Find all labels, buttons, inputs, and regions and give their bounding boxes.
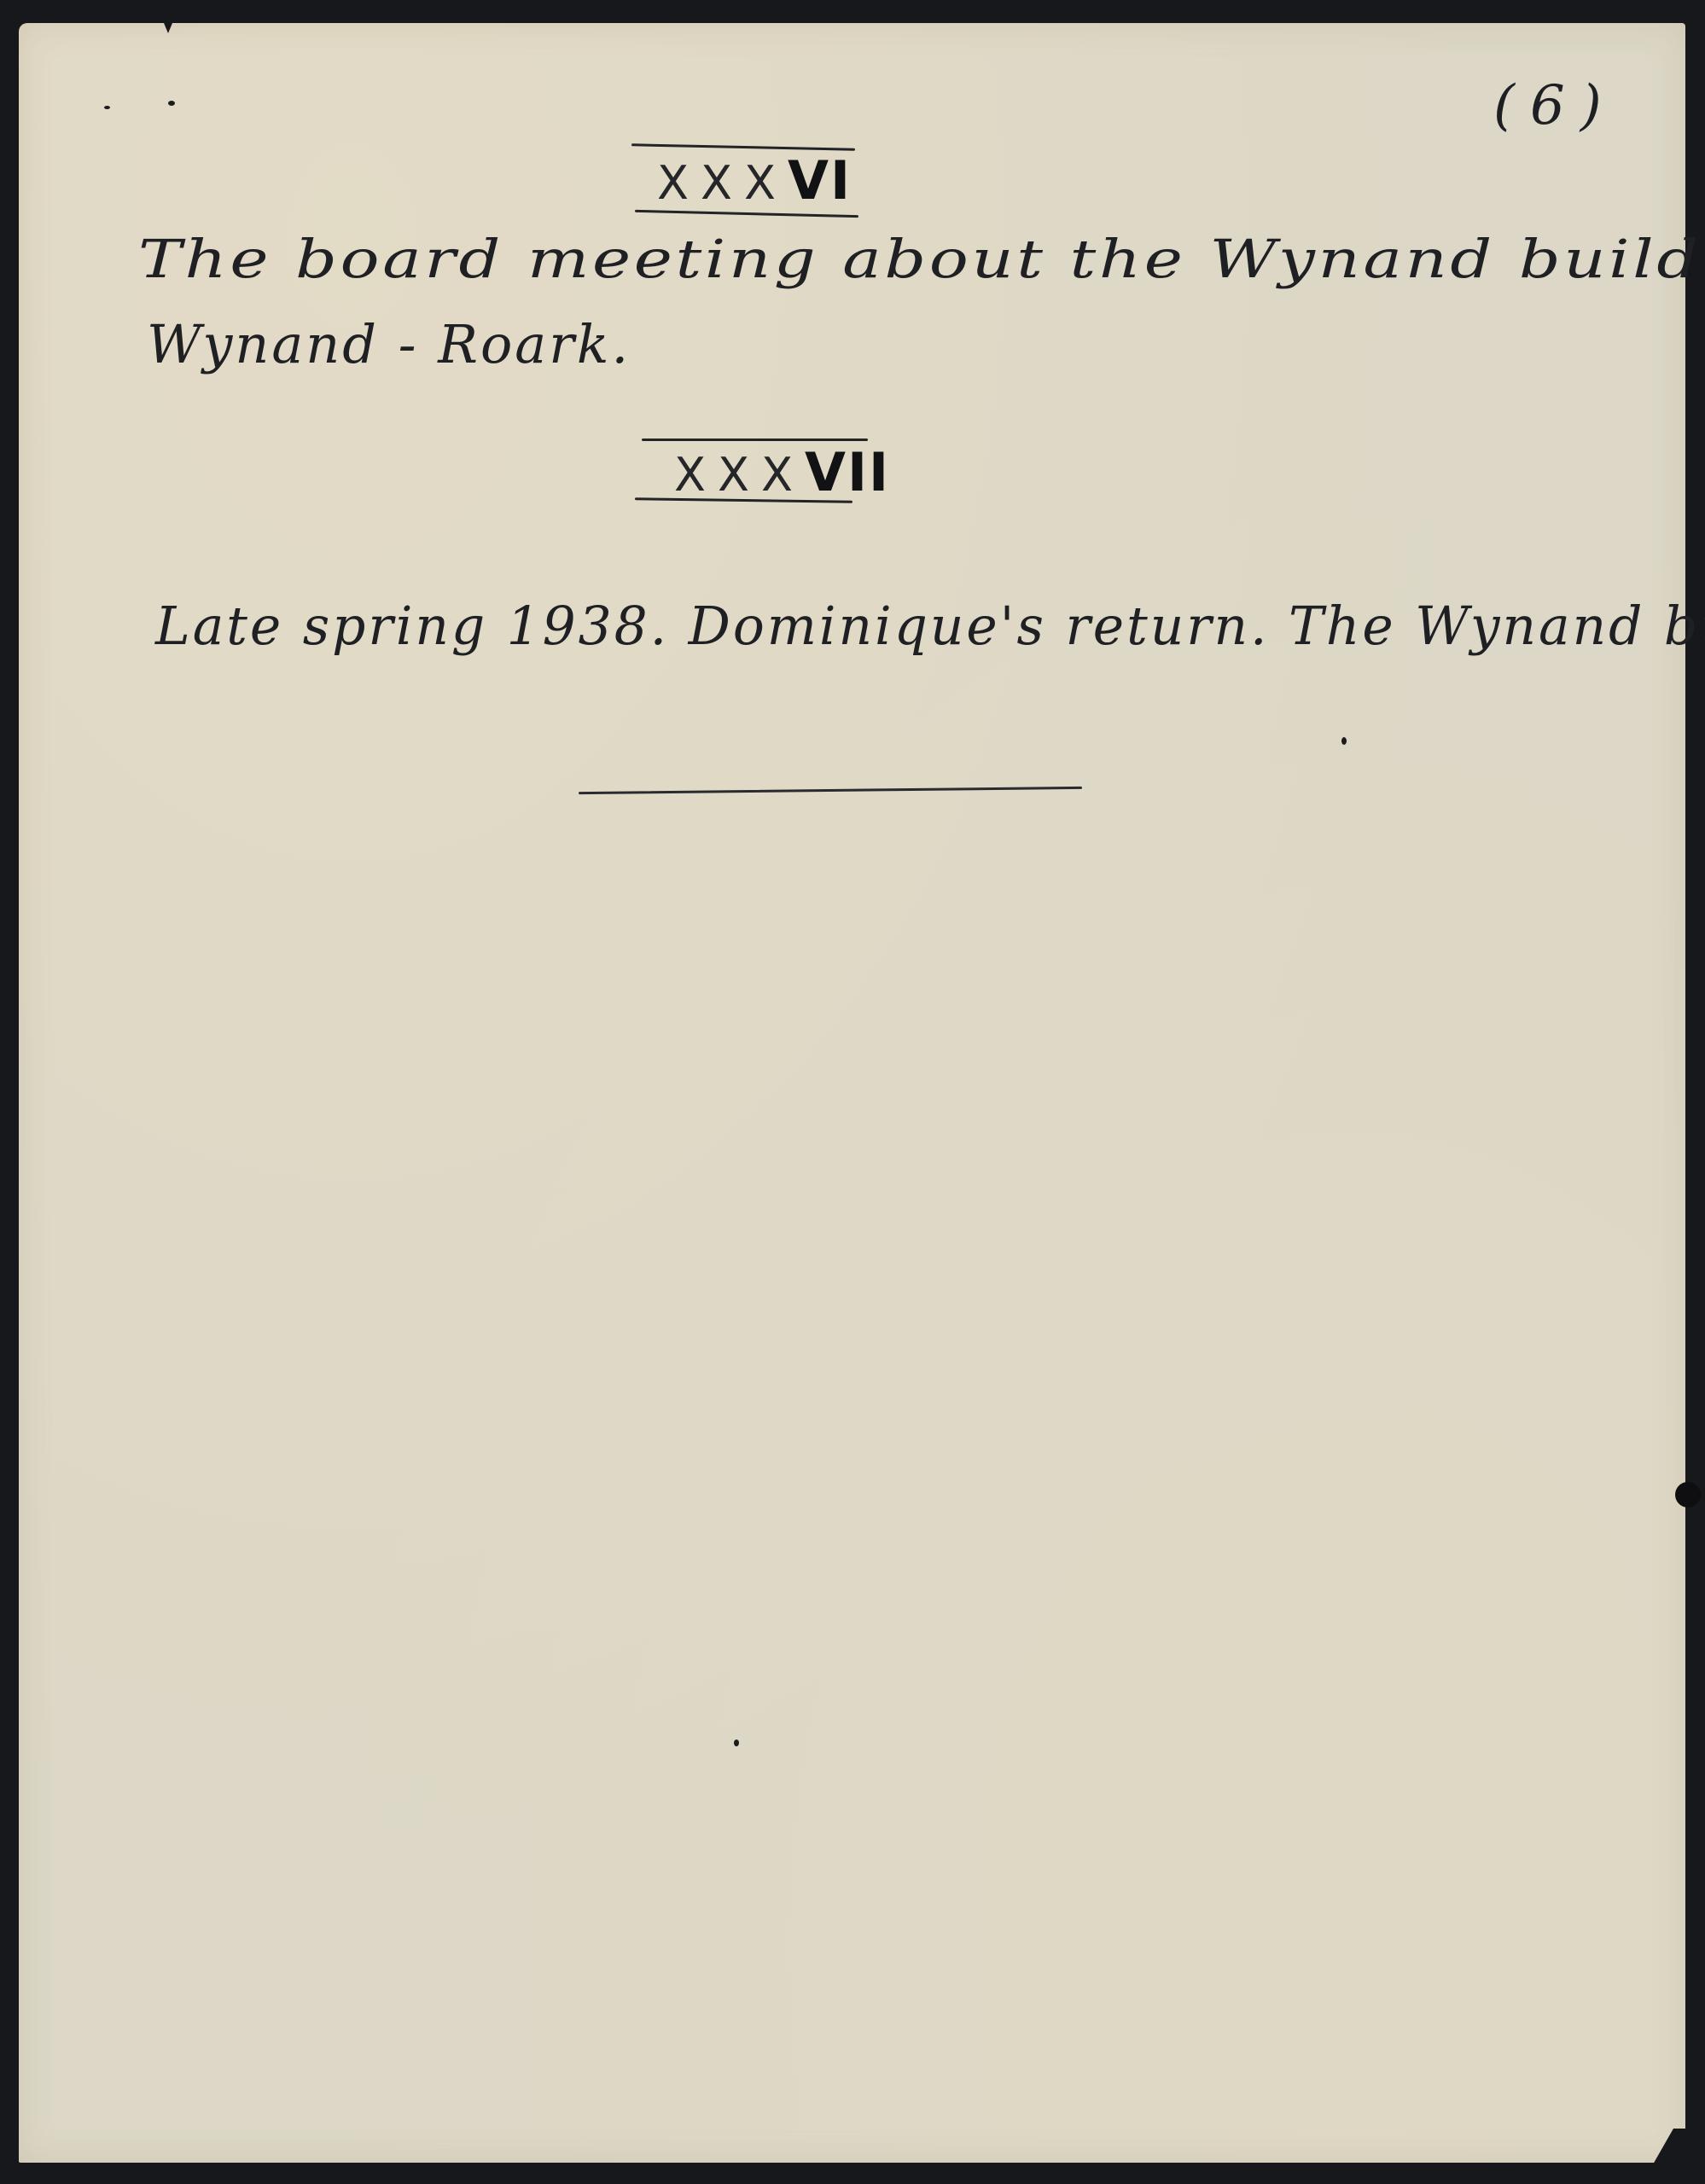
chapter-heading-text: XXXVI (657, 149, 852, 212)
paper-notch (164, 23, 172, 33)
heading-suffix: VI (788, 149, 852, 212)
heading-suffix: VII (805, 441, 890, 503)
note-line: Wynand - Roark. (147, 313, 631, 375)
page-number: (6) (1493, 74, 1617, 137)
punch-hole (1675, 1482, 1701, 1507)
note-line: The board meeting about the Wynand build… (138, 228, 1705, 290)
chapter-heading-text: XXXVII (674, 441, 890, 503)
heading-prefix: XXX (674, 448, 805, 502)
torn-corner (1653, 2129, 1687, 2164)
ink-speck (734, 1740, 739, 1746)
ink-speck (168, 101, 175, 106)
end-divider-stroke (579, 787, 1082, 794)
note-line: Late spring 1938. Dominique's return. Th… (155, 595, 1705, 657)
ink-speck (1341, 737, 1347, 745)
manuscript-page: (6) XXXVI The board meeting about the Wy… (19, 23, 1685, 2163)
ink-speck (104, 106, 110, 109)
heading-prefix: XXX (657, 156, 788, 210)
